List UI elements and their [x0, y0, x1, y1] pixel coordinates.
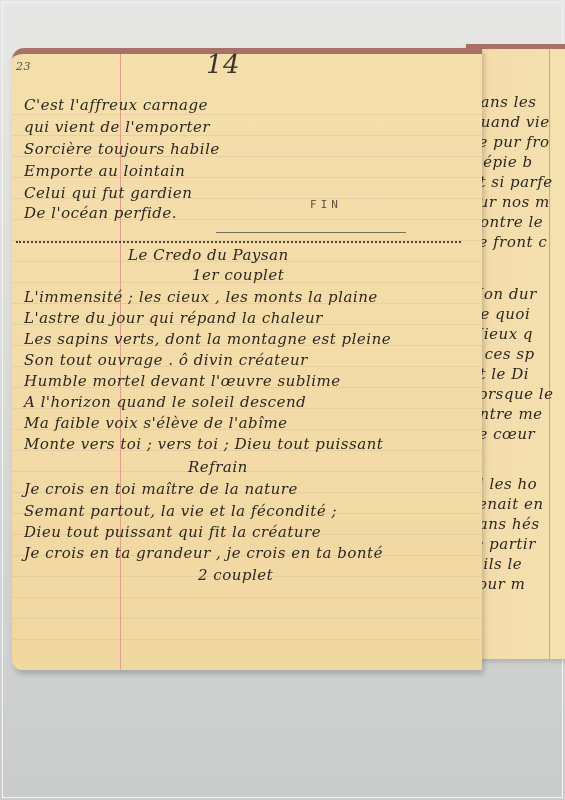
corner-number: 23 [16, 60, 31, 73]
verse2-heading: 2 couplet [198, 566, 273, 584]
refrain-line: Je crois en toi maître de la nature [24, 480, 298, 498]
poem-line: Celui qui fut gardien [24, 184, 192, 202]
verse1-heading: 1er couplet [192, 266, 284, 284]
verse-line: L'immensité ; les cieux , les monts la p… [24, 288, 378, 306]
poem-line: C'est l'affreux carnage [24, 96, 208, 114]
verse-line: Humble mortel devant l'œuvre sublime [24, 372, 341, 390]
poem-line: qui vient de l'emporter [24, 118, 210, 136]
refrain-line: Dieu tout puissant qui fit la créature [24, 523, 321, 541]
verse-line: Monte vers toi ; vers toi ; Dieu tout pu… [24, 435, 383, 453]
verse-line: A l'horizon quand le soleil descend [24, 393, 306, 411]
refrain-heading: Refrain [188, 458, 248, 476]
refrain-line: Je crois en ta grandeur , je crois en ta… [24, 544, 383, 562]
song-title: Le Credo du Paysan [128, 246, 289, 264]
verse-line: Ma faible voix s'élève de l'abîme [24, 414, 288, 432]
page-number: 14 [206, 50, 240, 80]
end-mark: FIN [310, 198, 342, 211]
poem-line: Sorcière toujours habile [24, 140, 220, 158]
refrain-line: Semant partout, la vie et la fécondité ; [24, 502, 337, 520]
verse-line: Les sapins verts, dont la montagne est p… [24, 330, 391, 348]
verse-line: Son tout ouvrage . ô divin créateur [24, 351, 308, 369]
title-rule [216, 232, 406, 233]
verse-line: L'astre du jour qui répand la chaleur [24, 309, 323, 327]
poem-line: De l'océan perfide. [24, 204, 177, 222]
dotted-separator [16, 241, 461, 243]
poem-line: Emporte au lointain [24, 162, 185, 180]
